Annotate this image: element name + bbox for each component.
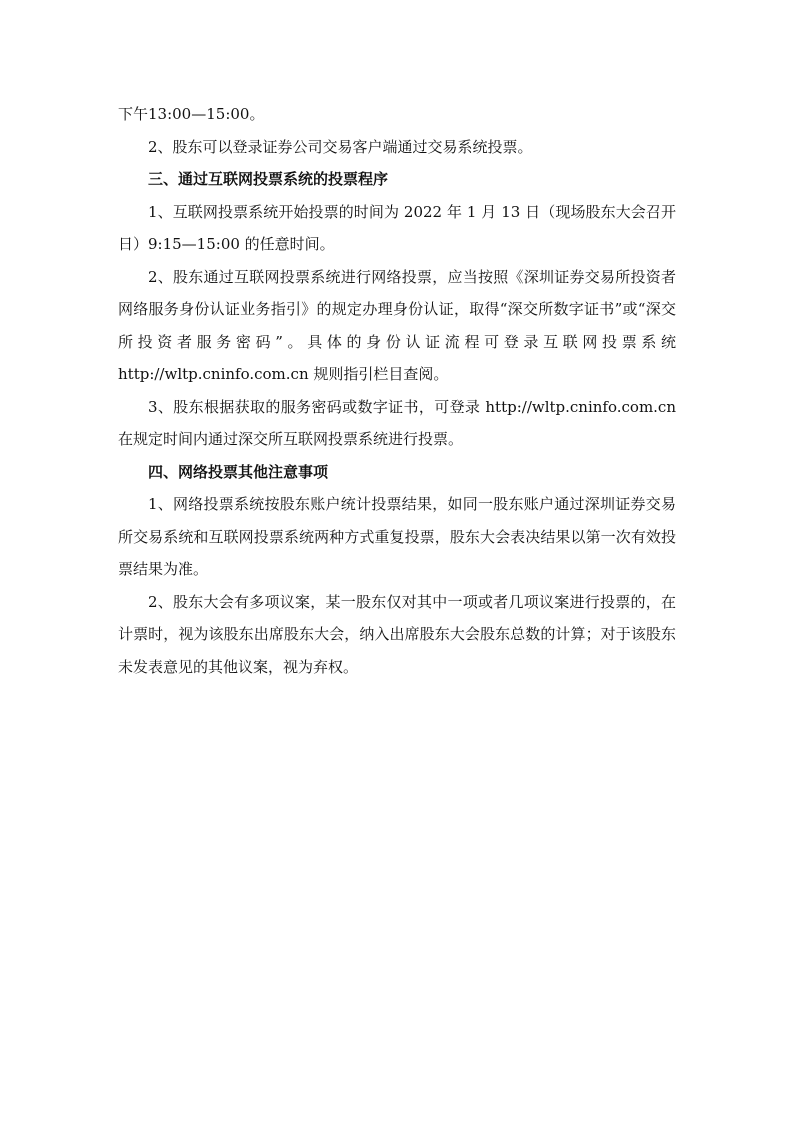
section3-item-1: 1、互联网投票系统开始投票的时间为 2022 年 1 月 13 日（现场股东大会… — [118, 196, 676, 261]
section2-item-2: 2、股东可以登录证券公司交易客户端通过交易系统投票。 — [118, 131, 676, 164]
section3-heading: 三、通过互联网投票系统的投票程序 — [118, 163, 676, 196]
document-page: 下午13:00—15:00。 2、股东可以登录证券公司交易客户端通过交易系统投票… — [118, 98, 676, 683]
continuation-text: 下午13:00—15:00。 — [118, 98, 676, 131]
section4-item-2: 2、股东大会有多项议案，某一股东仅对其中一项或者几项议案进行投票的，在计票时，视… — [118, 586, 676, 684]
section4-item-1: 1、网络投票系统按股东账户统计投票结果，如同一股东账户通过深圳证券交易所交易系统… — [118, 488, 676, 586]
section4-heading: 四、网络投票其他注意事项 — [118, 456, 676, 489]
section3-item-2: 2、股东通过互联网投票系统进行网络投票，应当按照《深圳证券交易所投资者网络服务身… — [118, 261, 676, 391]
section3-item-3: 3、股东根据获取的服务密码或数字证书，可登录 http://wltp.cninf… — [118, 391, 676, 456]
